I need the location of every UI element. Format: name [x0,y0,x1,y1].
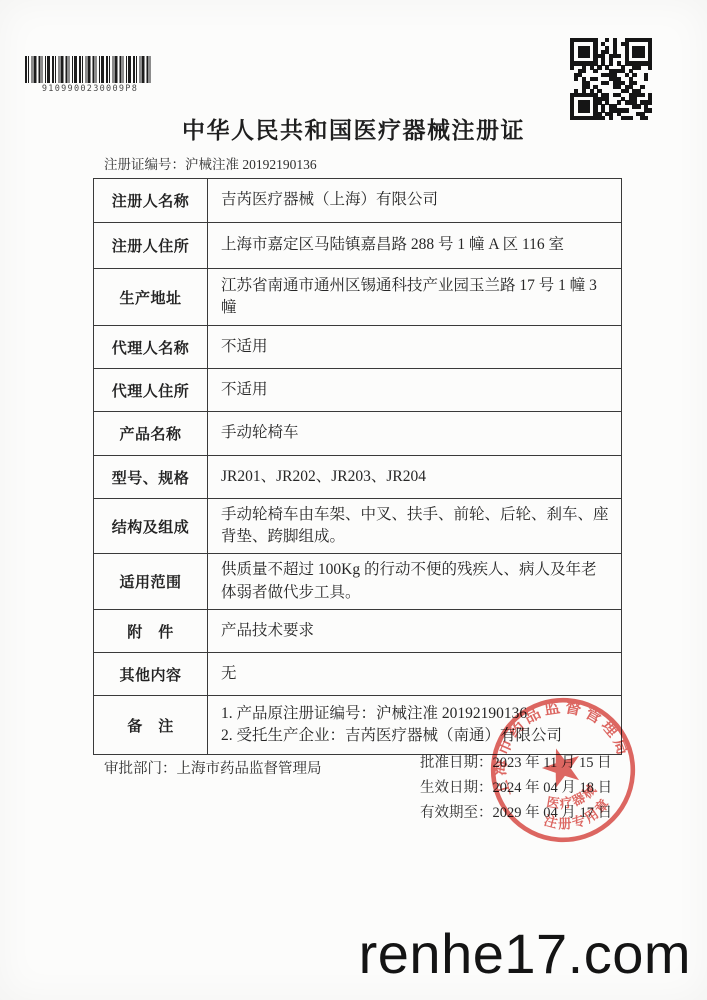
qr-module [640,93,644,97]
qr-module [570,65,574,69]
row-value: 无 [208,653,621,695]
qr-module [597,65,601,69]
row-value: 江苏省南通市通州区锡通科技产业园玉兰路 17 号 1 幢 3 幢 [208,269,621,325]
certificate-page: 9109900230009P8 中华人民共和国医疗器械注册证 注册证编号：沪械注… [0,0,707,1000]
qr-module [636,104,640,108]
row-value: 产品技术要求 [208,610,621,652]
qr-module [640,85,644,89]
row-value: 供质量不超过 100Kg 的行动不便的残疾人、病人及年老体弱者做代步工具。 [208,554,621,609]
table-row-registrant-address: 注册人住所 上海市嘉定区马陆镇嘉昌路 288 号 1 幢 A 区 116 室 [94,222,621,268]
qr-module [582,69,586,73]
barcode-icon [25,56,153,83]
table-row-other: 其他内容 无 [94,652,621,695]
row-label: 生产地址 [94,269,208,325]
row-value: 手动轮椅车由车架、中叉、扶手、前轮、后轮、刹车、座背垫、跨脚组成。 [208,499,621,553]
row-label: 代理人住所 [94,369,208,411]
expiry-date-line: 有效期至：2029 年 04 月 17 日 [420,801,612,826]
table-row-scope: 适用范围 供质量不超过 100Kg 的行动不便的残疾人、病人及年老体弱者做代步工… [94,553,621,609]
table-row-remarks: 备 注 1. 产品原注册证编号：沪械注准 20192190136 2. 受托生产… [94,695,621,754]
approval-department-value: 上海市药品监督管理局 [177,761,322,777]
row-label: 注册人住所 [94,223,208,268]
row-label: 结构及组成 [94,499,208,553]
qr-code-icon [570,38,652,120]
row-label: 备 注 [94,696,208,754]
certificate-table: 注册人名称 吉芮医疗器械（上海）有限公司 注册人住所 上海市嘉定区马陆镇嘉昌路 … [93,178,622,755]
approval-date-value: 2023 年 11 月 15 日 [493,755,612,771]
row-value: 不适用 [208,326,621,368]
row-value: 吉芮医疗器械（上海）有限公司 [208,179,621,222]
qr-module [605,38,609,42]
row-value: 1. 产品原注册证编号：沪械注准 20192190136 2. 受托生产企业：吉… [208,696,621,754]
qr-module [648,100,652,104]
qr-module [605,81,609,85]
expiry-date-value: 2029 年 04 月 17 日 [493,805,613,821]
qr-module [632,81,636,85]
qr-module [574,77,578,81]
row-label: 其他内容 [94,653,208,695]
approval-department-line: 审批部门：上海市药品监督管理局 [104,757,322,778]
row-label: 适用范围 [94,554,208,609]
row-label: 附 件 [94,610,208,652]
approval-department-label: 审批部门： [104,761,177,777]
barcode: 9109900230009P8 [25,56,155,94]
table-row-production-address: 生产地址 江苏省南通市通州区锡通科技产业园玉兰路 17 号 1 幢 3 幢 [94,268,621,325]
barcode-number: 9109900230009P8 [25,84,155,94]
qr-module [644,77,648,81]
certificate-number-label: 注册证编号： [104,157,185,172]
table-row-structure: 结构及组成 手动轮椅车由车架、中叉、扶手、前轮、后轮、刹车、座背垫、跨脚组成。 [94,498,621,553]
table-row-product-name: 产品名称 手动轮椅车 [94,411,621,455]
qr-module [632,73,636,77]
site-watermark: renhe17.com [359,921,691,986]
qr-module [617,100,621,104]
row-label: 产品名称 [94,412,208,455]
table-row-registrant-name: 注册人名称 吉芮医疗器械（上海）有限公司 [94,179,621,222]
table-row-agent-name: 代理人名称 不适用 [94,325,621,368]
effective-date-label: 生效日期： [420,780,493,796]
effective-date-value: 2024 年 04 月 18 日 [493,780,613,796]
table-row-agent-address: 代理人住所 不适用 [94,368,621,411]
date-block: 批准日期：2023 年 11 月 15 日 生效日期：2024 年 04 月 1… [420,751,612,826]
row-value: 上海市嘉定区马陆镇嘉昌路 288 号 1 幢 A 区 116 室 [208,223,621,268]
row-value: 手动轮椅车 [208,412,621,455]
expiry-date-label: 有效期至： [420,805,493,821]
approval-date-line: 批准日期：2023 年 11 月 15 日 [420,751,612,776]
row-label: 代理人名称 [94,326,208,368]
qr-module [640,54,644,58]
qr-module [617,54,621,58]
qr-module [609,61,613,65]
row-value: 不适用 [208,369,621,411]
qr-module [586,54,590,58]
row-label: 注册人名称 [94,179,208,222]
qr-module [593,69,597,73]
qr-module [636,65,640,69]
certificate-number-line: 注册证编号：沪械注准 20192190136 [104,153,317,173]
qr-module [593,77,597,81]
approval-date-label: 批准日期： [420,755,493,771]
row-label: 型号、规格 [94,456,208,498]
effective-date-line: 生效日期：2024 年 04 月 18 日 [420,776,612,801]
certificate-number-value: 沪械注准 20192190136 [185,157,317,172]
qr-module [648,65,652,69]
table-row-model-spec: 型号、规格 JR201、JR202、JR203、JR204 [94,455,621,498]
page-title: 中华人民共和国医疗器械注册证 [0,112,707,145]
row-value: JR201、JR202、JR203、JR204 [208,456,621,498]
table-row-attachment: 附 件 产品技术要求 [94,609,621,652]
